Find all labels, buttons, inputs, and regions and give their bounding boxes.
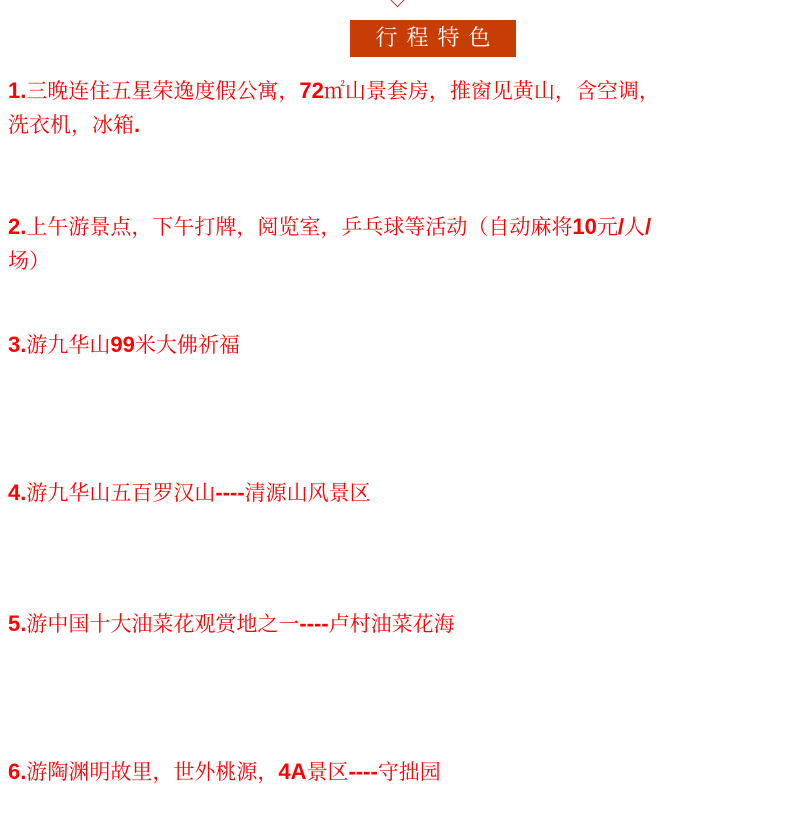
feature-item-4: 4.游九华山五百罗汉山----清源山风景区	[8, 476, 371, 510]
feature-item-5: 5.游中国十大油菜花观赏地之一----卢村油菜花海	[8, 607, 455, 641]
section-title-banner: 行程特色	[350, 20, 516, 57]
feature-item-1: 1.三晚连住五星荣逸度假公寓，72㎡山景套房，推窗见黄山，含空调， 洗衣机，冰箱…	[8, 74, 660, 142]
item-number: 2.	[8, 214, 26, 239]
item-number: 6.	[8, 759, 26, 784]
item-number: 3.	[8, 332, 26, 357]
feature-item-2: 2.上午游景点，下午打牌，阅览室，乒乓球等活动（自动麻将10元/人/ 场）	[8, 210, 651, 278]
feature-item-6: 6.游陶渊明故里，世外桃源，4A景区----守拙园	[8, 755, 441, 789]
chevron-down-icon	[390, 0, 406, 7]
item-number: 4.	[8, 480, 26, 505]
item-number: 1.	[8, 78, 26, 103]
feature-item-3: 3.游九华山99米大佛祈福	[8, 328, 240, 362]
item-number: 5.	[8, 611, 26, 636]
